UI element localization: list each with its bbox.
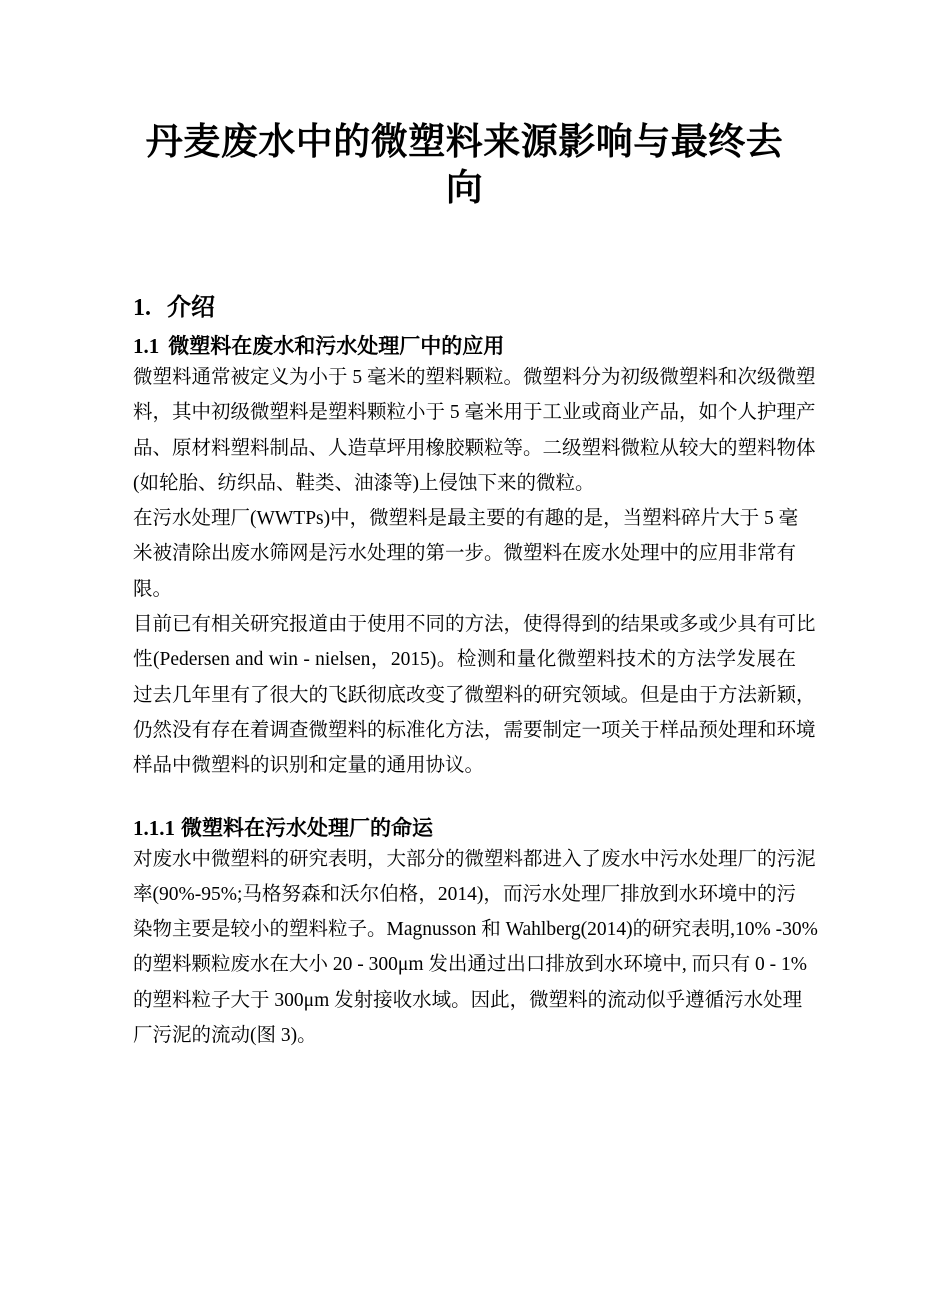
- heading-1-intro: 1.介绍: [133, 293, 796, 323]
- paragraph-4-line: 的塑料颗粒废水在大小 20 - 300μm 发出通过出口排放到水环境中, 而只有…: [133, 947, 796, 982]
- heading-1-number: 1.: [133, 293, 151, 323]
- heading-1-1: 1.1微塑料在废水和污水处理厂中的应用: [133, 332, 796, 360]
- paragraph-4: 对废水中微塑料的研究表明，大部分的微塑料都进入了废水中污水处理厂的污泥 率(90…: [133, 842, 796, 1054]
- heading-1-1-1-number: 1.1.1: [133, 814, 175, 842]
- heading-1-1-1-text: 微塑料在污水处理厂的命运: [181, 816, 433, 840]
- paragraph-1-line: 微塑料通常被定义为小于 5 毫米的塑料颗粒。微塑料分为初级微塑料和次级微塑: [133, 360, 796, 395]
- paragraph-3-line: 目前已有相关研究报道由于使用不同的方法，使得得到的结果或多或少具有可比: [133, 607, 796, 642]
- paragraph-1-line: 品、原材料塑料制品、人造草坪用橡胶颗粒等。二级塑料微粒从较大的塑料物体: [133, 431, 796, 466]
- paragraph-1-line: (如轮胎、纺织品、鞋类、油漆等)上侵蚀下来的微粒。: [133, 466, 796, 501]
- paragraph-2-line: 在污水处理厂(WWTPs)中，微塑料是最主要的有趣的是，当塑料碎片大于 5 毫: [133, 501, 796, 536]
- heading-1-1-1: 1.1.1微塑料在污水处理厂的命运: [133, 814, 796, 842]
- paragraph-4-line: 对废水中微塑料的研究表明，大部分的微塑料都进入了废水中污水处理厂的污泥: [133, 842, 796, 877]
- paragraph-3-line: 性(Pedersen and win - nielsen，2015)。检测和量化…: [133, 642, 796, 677]
- paragraph-4-line: 染物主要是较小的塑料粒子。Magnusson 和 Wahlberg(2014)的…: [133, 912, 796, 947]
- paragraph-3-line: 过去几年里有了很大的飞跃彻底改变了微塑料的研究领域。但是由于方法新颖，: [133, 678, 796, 713]
- paragraph-1-line: 料，其中初级微塑料是塑料颗粒小于 5 毫米用于工业或商业产品，如个人护理产: [133, 395, 796, 430]
- paragraph-3-line: 仍然没有存在着调查微塑料的标准化方法，需要制定一项关于样品预处理和环境: [133, 713, 796, 748]
- document-page: 丹麦废水中的微塑料来源影响与最终去向 1.介绍 1.1微塑料在废水和污水处理厂中…: [0, 0, 926, 1309]
- paragraph-3: 目前已有相关研究报道由于使用不同的方法，使得得到的结果或多或少具有可比 性(Pe…: [133, 607, 796, 783]
- paragraph-2-line: 限。: [133, 572, 796, 607]
- document-content: 丹麦废水中的微塑料来源影响与最终去向 1.介绍 1.1微塑料在废水和污水处理厂中…: [0, 0, 926, 1053]
- document-title: 丹麦废水中的微塑料来源影响与最终去向: [133, 0, 796, 212]
- paragraph-3-line: 样品中微塑料的识别和定量的通用协议。: [133, 748, 796, 783]
- paragraph-2: 在污水处理厂(WWTPs)中，微塑料是最主要的有趣的是，当塑料碎片大于 5 毫 …: [133, 501, 796, 607]
- paragraph-4-line: 的塑料粒子大于 300μm 发射接收水域。因此，微塑料的流动似乎遵循污水处理: [133, 983, 796, 1018]
- heading-1-text: 介绍: [167, 295, 215, 321]
- paragraph-1: 微塑料通常被定义为小于 5 毫米的塑料颗粒。微塑料分为初级微塑料和次级微塑 料，…: [133, 360, 796, 501]
- paragraph-4-line: 厂污泥的流动(图 3)。: [133, 1018, 796, 1053]
- heading-1-1-text: 微塑料在废水和污水处理厂中的应用: [168, 334, 504, 358]
- paragraph-4-line: 率(90%-95%;马格努森和沃尔伯格，2014)，而污水处理厂排放到水环境中的…: [133, 877, 796, 912]
- heading-1-1-number: 1.1: [133, 332, 159, 360]
- paragraph-2-line: 米被清除出废水筛网是污水处理的第一步。微塑料在废水处理中的应用非常有: [133, 536, 796, 571]
